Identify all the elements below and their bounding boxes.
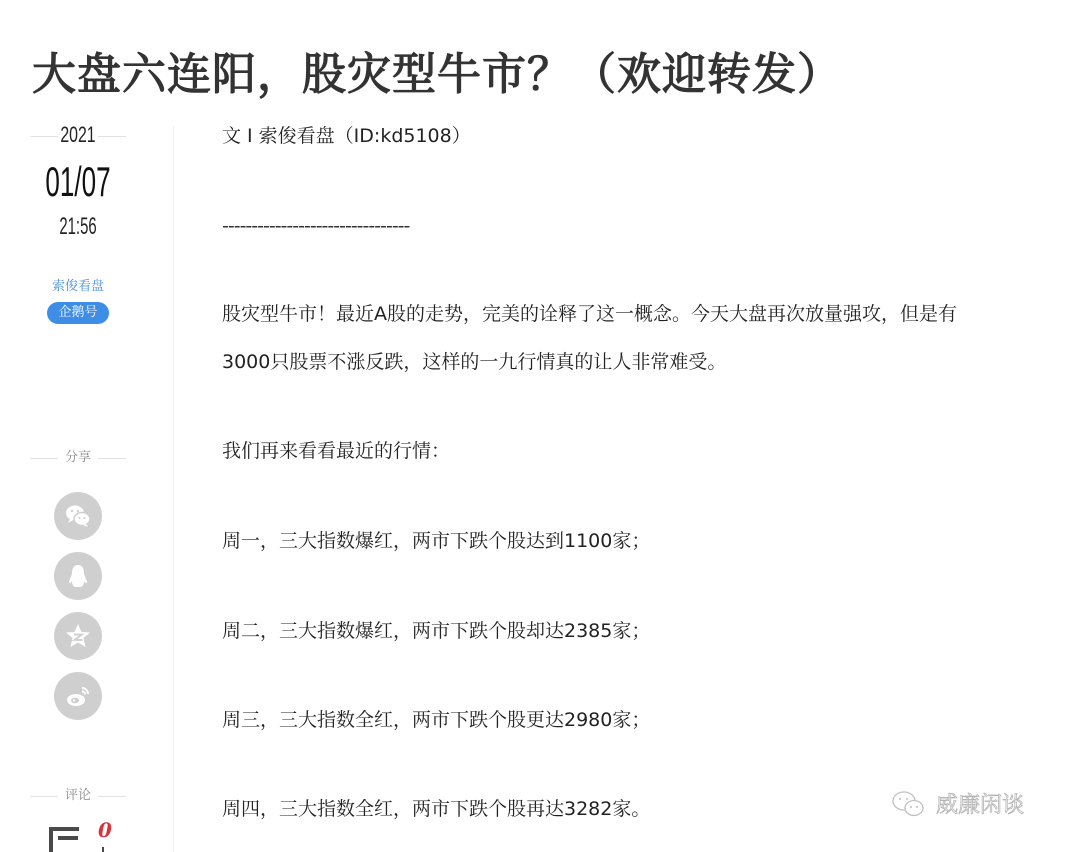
article-title: 大盘六连阳，股灾型牛市？（欢迎转发） [32, 43, 842, 107]
publish-time: 21:56 [30, 212, 127, 242]
share-section-label: 分享 [30, 448, 126, 468]
share-qzone-button[interactable] [54, 612, 102, 660]
weibo-icon [63, 681, 93, 711]
wechat-icon [890, 789, 930, 819]
share-weibo-button[interactable] [54, 672, 102, 720]
publish-year: 2021 [43, 120, 112, 150]
qq-penguin-icon [63, 561, 93, 591]
separator: -------------------------------- [222, 214, 409, 238]
share-qq-button[interactable] [54, 552, 102, 600]
paragraph: 3000只股票不涨反跌，这样的一九行情真的让人非常难受。 [222, 350, 726, 374]
comment-section-label: 评论 [30, 786, 126, 806]
byline: 文 I 索俊看盘（ID:kd5108） [222, 124, 471, 148]
qzone-star-icon [63, 621, 93, 651]
year-label: 2021 [30, 120, 126, 150]
share-wechat-button[interactable] [54, 492, 102, 540]
author-link[interactable]: 索俊看盘 [0, 278, 156, 296]
paragraph: 周二，三大指数爆红，两市下跌个股却达2385家； [222, 619, 650, 643]
wechat-icon [63, 501, 93, 531]
penguin-account-badge[interactable]: 企鹅号 [47, 302, 109, 324]
comment-count: 0 [98, 818, 112, 842]
publish-date: 01/07 [30, 158, 127, 206]
watermark: 威廉闲谈 [890, 788, 1024, 819]
paragraph: 周四，三大指数全红，两市下跌个股再达3282家。 [222, 797, 650, 821]
paragraph: 我们再来看看最近的行情： [222, 439, 450, 463]
paragraph: 股灾型牛市！最近A股的走势，完美的诠释了这一概念。今天大盘再次放量强攻，但是有 [222, 302, 957, 326]
paragraph: 周三，三大指数全红，两市下跌个股更达2980家； [222, 708, 650, 732]
sidebar-divider [173, 126, 174, 852]
watermark-text: 威廉闲谈 [936, 788, 1024, 819]
paragraph: 周一，三大指数爆红，两市下跌个股达到1100家； [222, 529, 650, 553]
comment-icon[interactable] [46, 825, 106, 852]
